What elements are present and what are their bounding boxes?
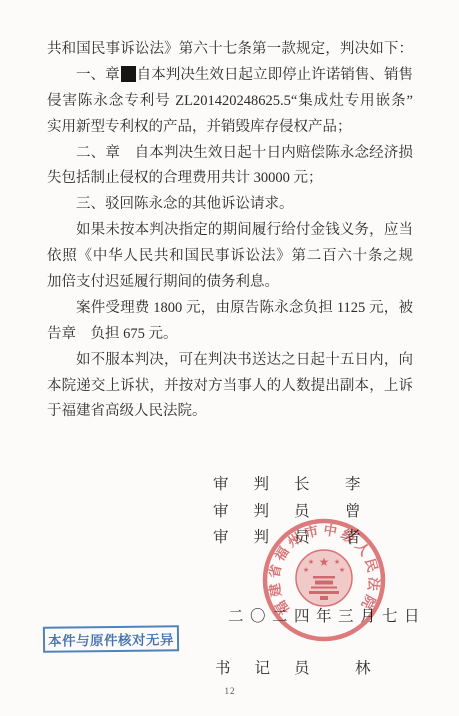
body-line: 三、驳回陈永念的其他诉讼请求。 xyxy=(47,192,413,218)
body-line: 案件受理费 1800 元，由原告陈永念负担 1125 元，被 xyxy=(47,296,413,322)
body-line: 一、章自本判决生效日起立即停止许诺销售、销售 xyxy=(47,63,413,89)
scanned-judgment-page: { "document": { "body": { "l1": "共和国民事诉讼… xyxy=(0,0,459,716)
judge-title: 审判员 xyxy=(213,503,335,520)
clerk-name: 林 xyxy=(355,658,371,680)
judgment-body: 共和国民事诉讼法》第六十七条第一款规定，判决如下： 一、章自本判决生效日起立即停… xyxy=(47,37,413,425)
body-line: 加倍支付迟延履行期间的债务利息。 xyxy=(47,270,413,296)
judge-row: 审判员 者 xyxy=(213,527,433,549)
redaction-box xyxy=(121,66,136,82)
judge-title: 审判长 xyxy=(213,476,335,493)
body-line: 依照《中华人民共和国民事诉讼法》第二百六十条之规定， xyxy=(47,244,413,270)
page-number: 12 xyxy=(210,686,250,696)
body-line: 实用新型专利权的产品，并销毁库存侵权产品； xyxy=(47,115,413,141)
body-line: 二、章 自本判决生效日起十日内赔偿陈永念经济损 xyxy=(47,141,413,167)
body-line: 失包括制止侵权的合理费用共计 30000 元； xyxy=(47,166,413,192)
judge-row: 审判长 李 xyxy=(213,474,433,496)
clerk-row: 书记员 林 xyxy=(215,658,435,680)
body-line: 告章 负担 675 元。 xyxy=(47,322,413,348)
body-line: 如果未按本判决指定的期间履行给付金钱义务，应当 xyxy=(47,218,413,244)
body-line: 本院递交上诉状，并按对方当事人的人数提出副本，上诉 xyxy=(47,374,413,400)
judge-name: 者 xyxy=(345,527,361,549)
body-line: 如不服本判决，可在判决书送达之日起十五日内，向 xyxy=(47,348,413,374)
judgment-date: 二〇二四年三月七日 xyxy=(228,604,426,626)
judge-name: 曾 xyxy=(345,501,361,523)
body-line-text: 自本判决生效日起立即停止许诺销售、销售 xyxy=(137,67,413,83)
clerk-title: 书记员 xyxy=(215,660,334,677)
verification-stamp: 本件与原件核对无异 xyxy=(43,625,179,652)
body-line: 侵害陈永念专利号 ZL201420248625.5“集成灶专用嵌条” xyxy=(47,89,413,115)
body-line: 共和国民事诉讼法》第六十七条第一款规定，判决如下： xyxy=(47,37,413,63)
judge-title: 审判员 xyxy=(213,529,335,546)
judge-name: 李 xyxy=(345,474,361,496)
body-line-text: 一、章 xyxy=(76,67,120,83)
body-line: 于福建省高级人民法院。 xyxy=(47,399,413,425)
judge-row: 审判员 曾 xyxy=(213,501,433,523)
